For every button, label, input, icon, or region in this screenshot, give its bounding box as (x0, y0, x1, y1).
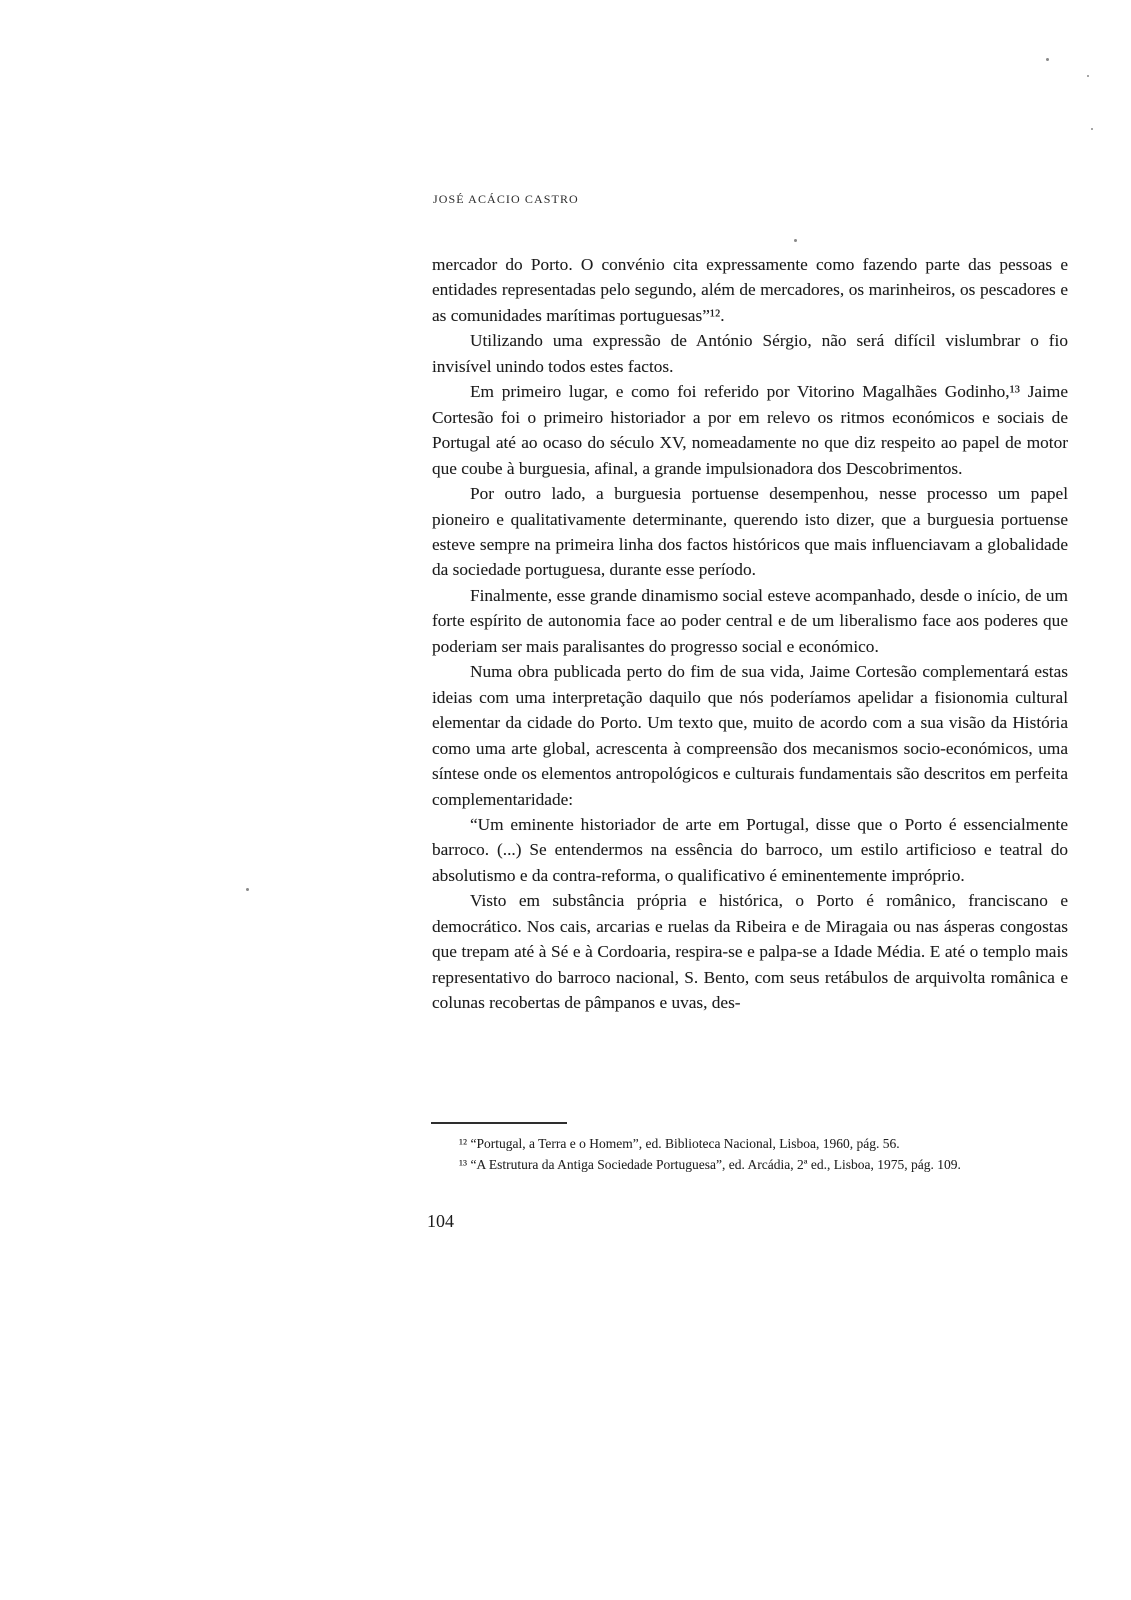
footnote: ¹² “Portugal, a Terra e o Homem”, ed. Bi… (432, 1133, 1074, 1154)
paragraph: Finalmente, esse grande dinamismo social… (432, 583, 1068, 659)
paragraph: mercador do Porto. O convénio cita expre… (432, 252, 1068, 328)
page-number: 104 (427, 1211, 454, 1232)
scan-speck (1087, 75, 1089, 77)
running-head-author: JOSÉ ACÁCIO CASTRO (433, 192, 579, 207)
paragraph: Por outro lado, a burguesia portuense de… (432, 481, 1068, 583)
scan-speck (1091, 128, 1093, 130)
paragraph: “Um eminente historiador de arte em Port… (432, 812, 1068, 888)
scan-speck (246, 888, 249, 891)
paragraph: Utilizando uma expressão de António Sérg… (432, 328, 1068, 379)
footnote-separator-rule (431, 1122, 567, 1124)
scan-speck (794, 239, 797, 242)
paragraph: Visto em substância própria e histórica,… (432, 888, 1068, 1015)
footnotes: ¹² “Portugal, a Terra e o Homem”, ed. Bi… (432, 1133, 1074, 1175)
scan-speck (1046, 58, 1049, 61)
paragraph: Numa obra publicada perto do fim de sua … (432, 659, 1068, 812)
document-page: JOSÉ ACÁCIO CASTRO mercador do Porto. O … (0, 0, 1131, 1600)
paragraph: Em primeiro lugar, e como foi referido p… (432, 379, 1068, 481)
body-text: mercador do Porto. O convénio cita expre… (432, 252, 1068, 1016)
footnote: ¹³ “A Estrutura da Antiga Sociedade Port… (432, 1154, 1074, 1175)
